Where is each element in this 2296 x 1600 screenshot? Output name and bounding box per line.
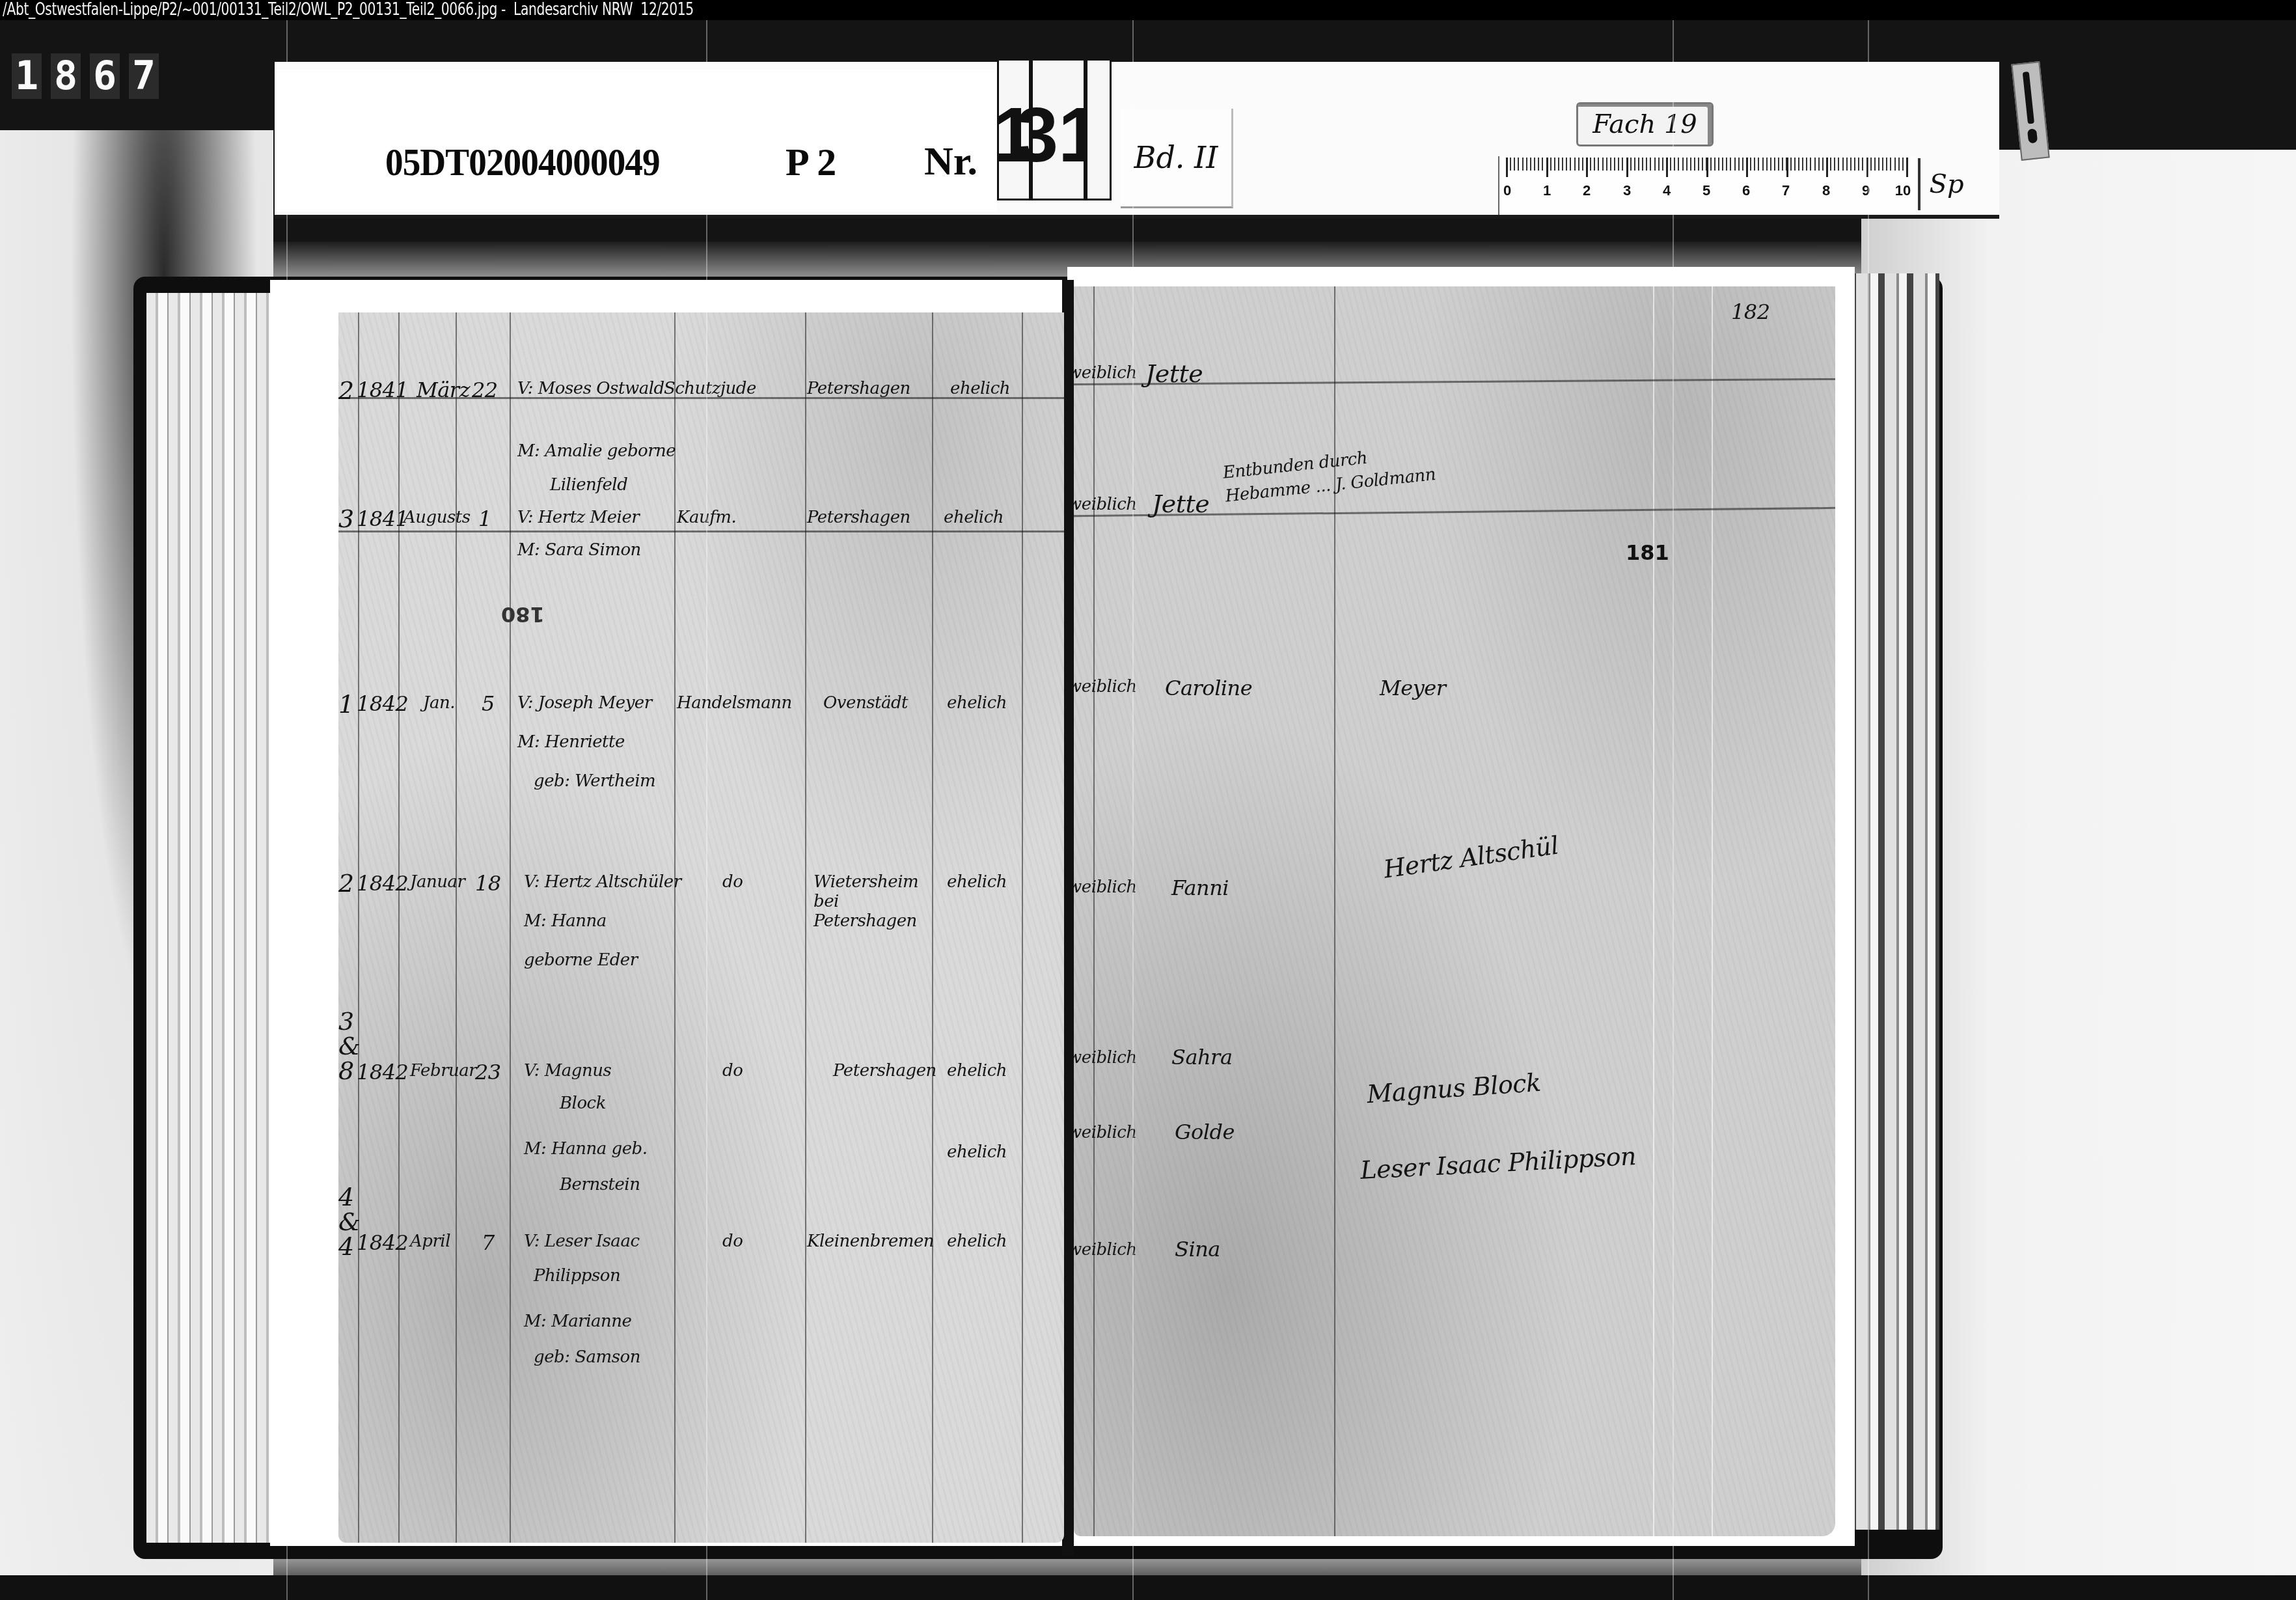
ruler-mark: 10: [1895, 182, 1911, 199]
entry-month: Januar: [410, 872, 465, 892]
sp-tag: Sp: [1918, 158, 1973, 210]
entry-occupation: Schutzjude: [664, 379, 756, 398]
book-page-edges-left: [146, 293, 277, 1543]
entry-sex: weiblich: [1074, 1240, 1137, 1260]
image-title-bar: /Abt_Ostwestfalen-Lippe/P2/~001/00131_Te…: [0, 0, 2296, 20]
entry-sex: weiblich: [1074, 1123, 1137, 1142]
entry-number: 3: [338, 504, 354, 533]
entry-number: 3 & 8: [338, 1009, 354, 1083]
entry-note: Leser Isaac Philippson: [1360, 1142, 1637, 1185]
entry-child-name: Jette: [1152, 490, 1209, 518]
entry-parent: geb: Wertheim: [534, 771, 655, 791]
shelf-tag: Fach 19: [1576, 102, 1714, 146]
right-register-page: 182 181 weiblich Jette weiblich Jette En…: [1074, 286, 1835, 1536]
entry-place: Kleinenbremen: [807, 1232, 934, 1251]
entry-parent: V: Leser Isaac: [524, 1232, 639, 1251]
entry-place: Wietersheim bei Petershagen: [813, 872, 931, 931]
entry-number: 4 & 4: [338, 1185, 354, 1259]
counter-digit: 6: [90, 53, 120, 99]
entry-month: April: [410, 1232, 450, 1251]
entry-year: 1842: [357, 1230, 408, 1255]
entry-parent: Bernstein: [560, 1175, 640, 1194]
ruler-mark: 4: [1663, 182, 1671, 199]
ruler-mark: 6: [1742, 182, 1750, 199]
archive-label-strip: 05DT02004000049 P 2 Nr. 1 31 Bd. II Fach…: [275, 62, 1999, 215]
entry-parent: M: Hanna: [524, 911, 607, 931]
entry-status: ehelich: [947, 1142, 1007, 1162]
ruler-mark: 3: [1623, 182, 1631, 199]
entry-status: ehelich: [944, 508, 1004, 527]
entry-sex: weiblich: [1074, 363, 1137, 383]
number-tabs: 1 31: [997, 61, 1112, 207]
entry-year: 1842: [357, 871, 408, 896]
folio-number: 182: [1731, 299, 1770, 324]
book-page-edges-right: [1842, 273, 1939, 1530]
image-file-path: /Abt_Ostwestfalen-Lippe/P2/~001/00131_Te…: [3, 0, 694, 20]
entry-parent: geborne Eder: [524, 950, 638, 970]
entry-number: 2: [338, 869, 354, 898]
entry-note: Magnus Block: [1366, 1068, 1542, 1109]
entry-month: Augusts: [403, 508, 471, 527]
entry-number: 1: [338, 690, 354, 719]
entry-parent: M: Hanna geb.: [524, 1139, 648, 1159]
entry-place: Petershagen: [833, 1061, 936, 1081]
entry-year: 1842: [357, 691, 408, 716]
entry-occupation: do: [722, 1061, 743, 1081]
entry-parent: V: Hertz Altschüler: [524, 872, 681, 892]
left-register-page: 2 1841 März 22 V: Moses Ostwald M: Amali…: [338, 312, 1064, 1543]
number-label: Nr.: [924, 139, 977, 185]
entry-sex: weiblich: [1074, 1048, 1137, 1068]
ruler-mark: 7: [1782, 182, 1790, 199]
entry-note: Meyer: [1380, 676, 1446, 700]
scale-ruler: 0 1 2 3 4 5 6 7 8 9 10: [1498, 156, 1916, 215]
entry-day: 18: [475, 871, 501, 896]
entry-status: ehelich: [947, 693, 1007, 713]
ruler-mark: 1: [1543, 182, 1551, 199]
entry-parent: V: Magnus: [524, 1061, 611, 1081]
entry-parent: V: Joseph Meyer: [517, 693, 652, 713]
ruler-mark: 2: [1583, 182, 1591, 199]
volume-tag: Bd. II: [1121, 109, 1233, 208]
entry-parent: Lilienfeld: [550, 475, 627, 495]
entry-year: 1842: [357, 1060, 408, 1084]
entry-day: 23: [475, 1060, 501, 1084]
entry-note: Hertz Altschül: [1382, 831, 1560, 883]
entry-child-name: Jette: [1145, 359, 1203, 388]
entry-sex: weiblich: [1074, 495, 1137, 514]
entry-sex: weiblich: [1074, 877, 1137, 897]
ruler-major-ticks: [1506, 158, 1909, 177]
counter-digit: 7: [129, 53, 159, 99]
entry-year: 1841: [357, 506, 408, 531]
series-label: P 2: [786, 140, 836, 185]
entry-status: ehelich: [947, 872, 1007, 892]
page-number-stamp: 181: [1626, 540, 1669, 565]
entry-day: 1: [478, 506, 491, 531]
entry-parent: M: Amalie geborne: [517, 441, 676, 461]
ruler-mark: 0: [1503, 182, 1511, 199]
entry-parent: V: Moses Ostwald: [517, 379, 664, 398]
entry-child-name: Caroline: [1165, 676, 1252, 700]
entry-sex: weiblich: [1074, 677, 1137, 697]
entry-status: ehelich: [947, 1061, 1007, 1081]
entry-parent: V: Hertz Meier: [517, 508, 639, 527]
entry-occupation: Handelsmann: [677, 693, 792, 713]
entry-place: Ovenstädt: [823, 693, 908, 713]
entry-day: 7: [482, 1230, 495, 1255]
ruler-numbers: 0 1 2 3 4 5 6 7 8 9 10: [1499, 182, 1916, 208]
entry-child-name: Fanni: [1171, 876, 1229, 900]
entry-child-name: Sina: [1175, 1237, 1220, 1262]
entry-number: 2: [338, 376, 354, 405]
film-bottom-band: [0, 1575, 2296, 1600]
entry-parent: Block: [560, 1094, 606, 1113]
film-frame-counter: 1 8 6 7: [12, 53, 159, 104]
entry-parent: Philippson: [534, 1266, 620, 1286]
page-number-stamp-upside-down: 180: [501, 602, 545, 627]
entry-child-name: Sahra: [1171, 1045, 1232, 1069]
ruler-mark: 5: [1702, 182, 1710, 199]
entry-status: ehelich: [950, 379, 1010, 398]
entry-month: Jan.: [423, 693, 455, 713]
entry-parent: M: Henriette: [517, 732, 625, 752]
ruler-mark: 8: [1822, 182, 1830, 199]
number-tab: 31: [1031, 61, 1086, 200]
entry-occupation: do: [722, 872, 743, 892]
entry-parent: M: Marianne: [524, 1312, 631, 1331]
archive-signature: 05DT02004000049: [385, 140, 660, 185]
entry-status: ehelich: [947, 1232, 1007, 1251]
entry-day: 5: [482, 691, 495, 716]
entry-occupation: do: [722, 1232, 743, 1251]
entry-parent: geb: Samson: [534, 1347, 640, 1367]
entry-child-name: Golde: [1175, 1120, 1235, 1144]
entry-parent: M: Sara Simon: [517, 540, 641, 560]
number-tab-blank: [1086, 61, 1112, 200]
entry-place: Petershagen: [807, 508, 910, 527]
counter-digit: 8: [51, 53, 81, 99]
entry-note: Entbunden durch Hebamme ... J. Goldmann: [1222, 437, 1460, 508]
counter-digit: 1: [12, 53, 42, 99]
entry-place: Petershagen: [807, 379, 910, 398]
entry-month: Februar: [410, 1061, 476, 1081]
